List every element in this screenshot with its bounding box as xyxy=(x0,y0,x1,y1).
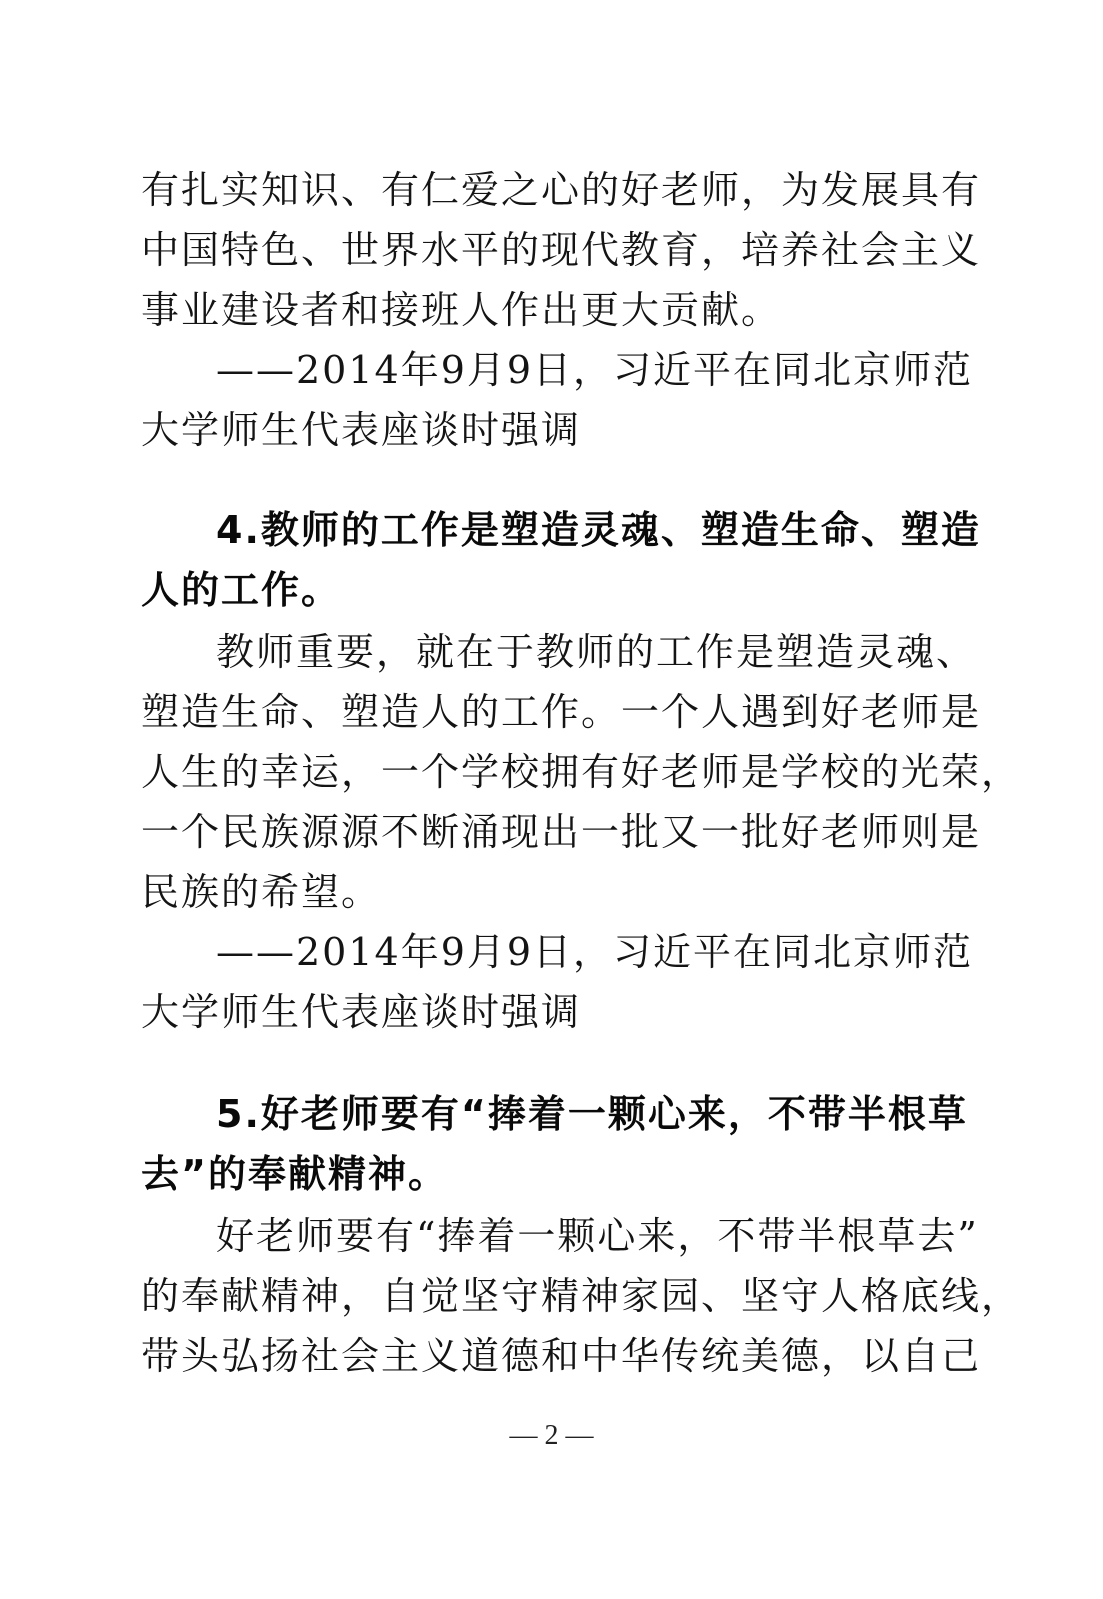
source-attribution-line: ——2014年9月9日，习近平在同北京师范 xyxy=(216,344,941,396)
body-text-line: 有扎实知识、有仁爱之心的好老师，为发展具有 xyxy=(141,164,941,216)
body-text-line: 事业建设者和接班人作出更大贡献。 xyxy=(141,284,941,336)
body-text-line: 教师重要，就在于教师的工作是塑造灵魂、 xyxy=(216,626,941,678)
body-text-line: 人生的幸运，一个学校拥有好老师是学校的光荣， xyxy=(141,746,941,798)
body-text-line: 一个民族源源不断涌现出一批又一批好老师则是 xyxy=(141,806,941,858)
body-text-line: 的奉献精神，自觉坚守精神家园、坚守人格底线， xyxy=(141,1270,941,1322)
section-heading-4: 4.教师的工作是塑造灵魂、塑造生命、塑造 xyxy=(216,504,941,556)
source-attribution-line: 大学师生代表座谈时强调 xyxy=(141,404,941,456)
body-text-line: 好老师要有“捧着一颗心来，不带半根草去” xyxy=(216,1210,941,1262)
body-text-line: 中国特色、世界水平的现代教育，培养社会主义 xyxy=(141,224,941,276)
body-text-line: 带头弘扬社会主义道德和中华传统美德，以自己 xyxy=(141,1330,941,1382)
document-page: 有扎实知识、有仁爱之心的好老师，为发展具有 中国特色、世界水平的现代教育，培养社… xyxy=(0,0,1103,1599)
body-text-line: 塑造生命、塑造人的工作。一个人遇到好老师是 xyxy=(141,686,941,738)
section-heading-5: 5.好老师要有“捧着一颗心来，不带半根草 xyxy=(216,1088,941,1140)
section-heading-5: 去”的奉献精神。 xyxy=(141,1148,941,1200)
section-heading-4: 人的工作。 xyxy=(141,564,941,616)
source-attribution-line: ——2014年9月9日，习近平在同北京师范 xyxy=(216,926,941,978)
page-number: — 2 — xyxy=(0,1418,1103,1454)
source-attribution-line: 大学师生代表座谈时强调 xyxy=(141,986,941,1038)
body-text-line: 民族的希望。 xyxy=(141,866,941,918)
